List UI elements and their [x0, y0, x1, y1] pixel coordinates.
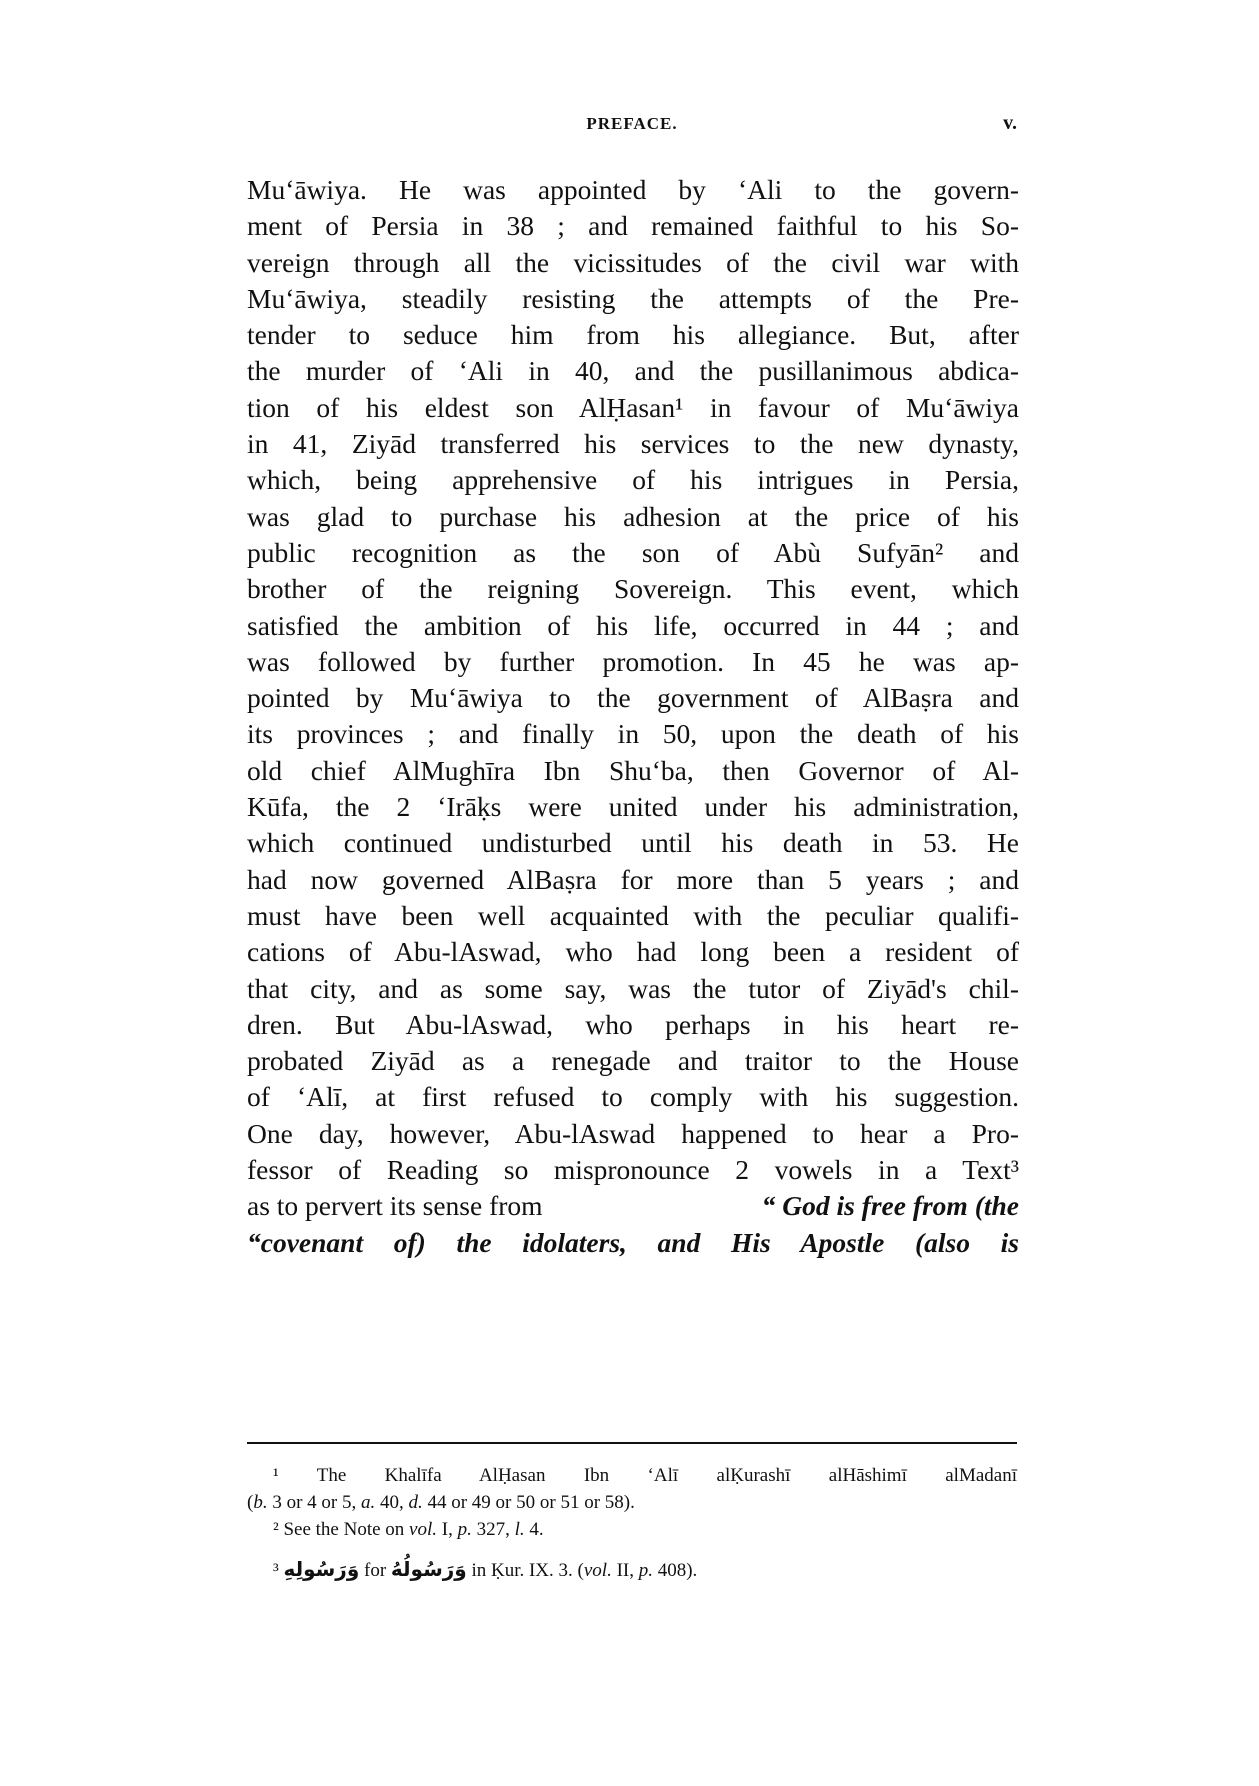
quotation-italic-line: “covenant of) the idolaters, and His Apo… [247, 1225, 1019, 1261]
text-line: dren. But Abu-lAswad, who perhaps in his… [247, 1007, 1019, 1043]
text-line: tion of his eldest son AlḤasan¹ in favou… [247, 390, 1019, 426]
book-page: PREFACE. v. Mu‘āwiya. He was appointed b… [0, 0, 1259, 1786]
text: II, [612, 1560, 639, 1581]
text-line: was followed by further promotion. In 45… [247, 644, 1019, 680]
quotation-italic: “ God is free from (the [762, 1188, 1019, 1224]
text-line: brother of the reigning Sovereign. This … [247, 571, 1019, 607]
abbr-line: l. [515, 1519, 525, 1540]
text-line: which, being apprehensive of his intrigu… [247, 462, 1019, 498]
text: 408). [653, 1560, 697, 1581]
arabic-word: وَرَسُولِهِ [283, 1557, 359, 1581]
abbr-page: p. [458, 1519, 472, 1540]
text-roman: as to pervert its sense from [247, 1188, 543, 1224]
text: 327, [472, 1519, 515, 1540]
abbr-vol: vol. [409, 1519, 437, 1540]
text: 3 or 4 or 5, [268, 1492, 361, 1513]
abbr-died: d. [408, 1492, 422, 1513]
text: 4. [525, 1519, 544, 1540]
text-line: satisfied the ambition of his life, occu… [247, 608, 1019, 644]
text-line: tender to seduce him from his allegiance… [247, 317, 1019, 353]
text-line: One day, however, Abu-lAswad happened to… [247, 1116, 1019, 1152]
text: 40, [375, 1492, 408, 1513]
text: in Ḳur. IX. 3. ( [467, 1560, 584, 1581]
footnotes: ¹ The Khalīfa AlḤasan Ibn ‘Alī alḲurashī… [247, 1462, 1017, 1589]
arabic-word: وَرَسُولُهُ [391, 1557, 467, 1581]
abbr-page: p. [639, 1560, 653, 1581]
text-line: was glad to purchase his adhesion at the… [247, 499, 1019, 535]
running-title: PREFACE. [247, 114, 1017, 134]
text-line: old chief AlMughīra Ibn Shu‘ba, then Gov… [247, 753, 1019, 789]
running-head: PREFACE. v. [247, 110, 1017, 140]
text-line: its provinces ; and finally in 50, upon … [247, 716, 1019, 752]
footnote-marker: ² [273, 1519, 279, 1540]
footnote-2: ² See the Note on vol. I, p. 327, l. 4. [247, 1516, 1017, 1543]
text: 44 or 49 or 50 or 51 or 58). [423, 1492, 635, 1513]
footnote-marker: ³ [273, 1560, 279, 1581]
text-line: the murder of ‘Ali in 40, and the pusill… [247, 353, 1019, 389]
text: See the Note on [283, 1519, 409, 1540]
text-line-mixed: as to pervert its sense from “ God is fr… [247, 1188, 1019, 1224]
text-line: that city, and as some say, was the tuto… [247, 971, 1019, 1007]
text-line: probated Ziyād as a renegade and traitor… [247, 1043, 1019, 1079]
text-line: Mu‘āwiya. He was appointed by ‘Ali to th… [247, 172, 1019, 208]
text-line: in 41, Ziyād transferred his services to… [247, 426, 1019, 462]
text-line: pointed by Mu‘āwiya to the government of… [247, 680, 1019, 716]
text-line: public recognition as the son of Abù Suf… [247, 535, 1019, 571]
text-line: fessor of Reading so mispronounce 2 vowe… [247, 1152, 1019, 1188]
text-line: Mu‘āwiya, steadily resisting the attempt… [247, 281, 1019, 317]
text-line: ment of Persia in 38 ; and remained fait… [247, 208, 1019, 244]
text-line: had now governed AlBaṣra for more than 5… [247, 862, 1019, 898]
footnote-1-line-1: ¹ The Khalīfa AlḤasan Ibn ‘Alī alḲurashī… [247, 1462, 1017, 1489]
text-line: cations of Abu-lAswad, who had long been… [247, 934, 1019, 970]
text-line: Kūfa, the 2 ‘Irāḳs were united under his… [247, 789, 1019, 825]
text-line: which continued undisturbed until his de… [247, 825, 1019, 861]
footnote-3: ³ وَرَسُولِهِ for وَرَسُولُهُ in Ḳur. IX… [247, 1549, 1017, 1589]
abbr-born: b. [253, 1492, 267, 1513]
body-text: Mu‘āwiya. He was appointed by ‘Ali to th… [247, 172, 1019, 1261]
text: I, [437, 1519, 458, 1540]
footnote-1-line-2: (b. 3 or 4 or 5, a. 40, d. 44 or 49 or 5… [247, 1489, 1017, 1516]
text-line: must have been well acquainted with the … [247, 898, 1019, 934]
abbr-vol: vol. [584, 1560, 612, 1581]
text: for [359, 1560, 391, 1581]
text-line: vereign through all the vicissitudes of … [247, 245, 1019, 281]
footnote-rule [247, 1442, 1017, 1444]
text-line: of ‘Alī, at first refused to comply with… [247, 1079, 1019, 1115]
page-number: v. [1003, 112, 1017, 135]
abbr-accession: a. [361, 1492, 375, 1513]
